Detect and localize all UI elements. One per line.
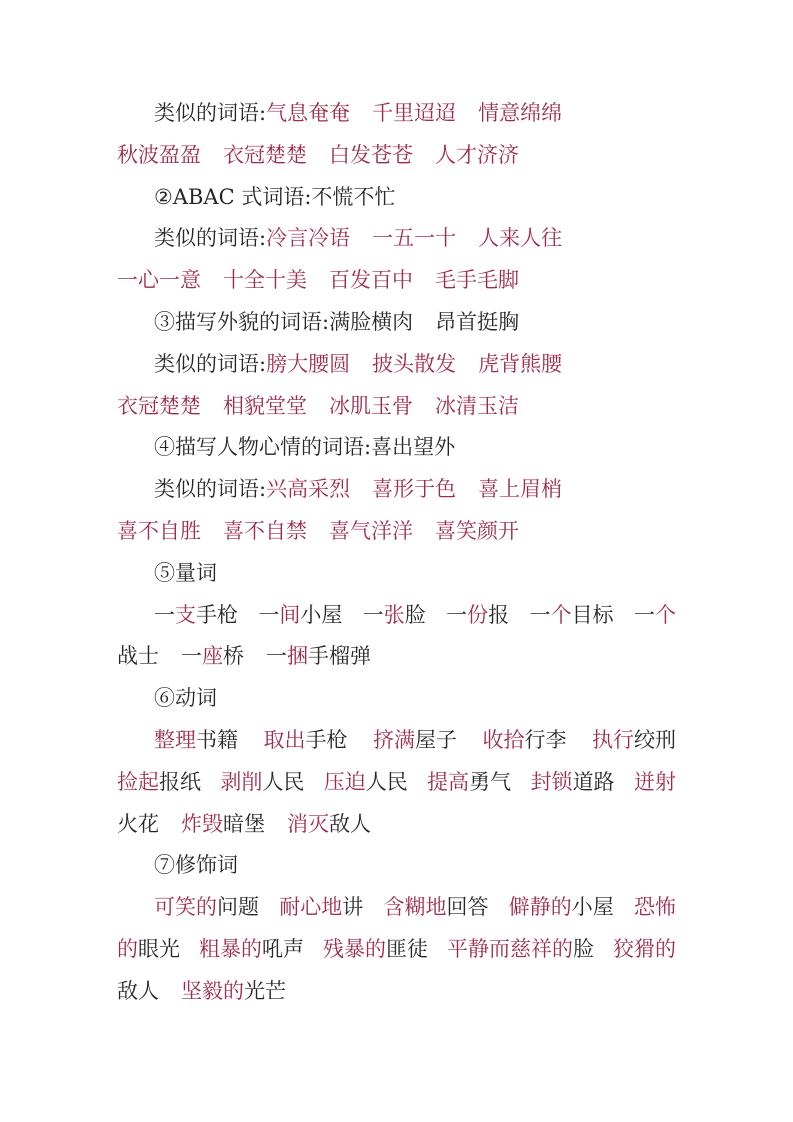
- word-group: 一座桥: [181, 636, 244, 678]
- text-segment: 整理: [154, 728, 196, 752]
- text-segment: 一: [634, 603, 655, 627]
- word-group: 秋波盈盈: [117, 135, 201, 177]
- text-segment: 张: [384, 603, 405, 627]
- text-segment: 僻静的: [509, 895, 572, 919]
- text-segment: 绞刑: [634, 728, 676, 752]
- word-group: 相貌堂堂: [223, 386, 307, 428]
- word-group: 冰清玉洁: [435, 386, 519, 428]
- text-segment: 类似的词语:: [154, 226, 266, 250]
- word-group: 粗暴的吼声: [199, 929, 304, 971]
- word-group: 类似的词语:膀大腰圆: [154, 344, 350, 386]
- text-segment: 战士: [117, 644, 159, 668]
- text-segment: 粗暴的: [199, 937, 262, 961]
- word-group: 千里迢迢: [372, 93, 456, 135]
- text-segment: ⑤量词: [154, 561, 217, 585]
- word-group: 整理书籍: [154, 720, 238, 762]
- text-segment: 收拾: [483, 728, 525, 752]
- text-line: ③描写外貌的词语:满脸横肉昂首挺胸: [117, 302, 676, 344]
- text-segment: 支: [175, 603, 196, 627]
- text-line: ⑤量词: [117, 553, 676, 595]
- text-segment: 脸: [573, 937, 594, 961]
- word-group: 压迫人民: [324, 762, 408, 804]
- text-segment: 个: [551, 603, 572, 627]
- text-segment: 可笑的: [154, 895, 217, 919]
- word-group: 封锁道路: [531, 762, 615, 804]
- word-group: 人才济济: [435, 135, 519, 177]
- text-segment: 捆: [287, 644, 308, 668]
- word-group: 一份报: [446, 595, 509, 637]
- text-segment: 情意绵绵: [478, 101, 562, 125]
- text-segment: 人民: [262, 770, 304, 794]
- text-segment: 耐心地: [279, 895, 342, 919]
- word-group: 一个: [634, 595, 676, 637]
- text-segment: 间: [279, 603, 300, 627]
- text-segment: 座: [202, 644, 223, 668]
- text-segment: 屋子: [415, 728, 457, 752]
- text-segment: 脸: [405, 603, 426, 627]
- text-segment: ⑦修饰词: [154, 853, 238, 877]
- word-group: 迸射: [634, 762, 676, 804]
- text-segment: 敌人: [117, 979, 159, 1003]
- text-segment: 书籍: [196, 728, 238, 752]
- word-group: 冰肌玉骨: [329, 386, 413, 428]
- text-segment: 敌人: [329, 812, 371, 836]
- text-segment: 千里迢迢: [372, 101, 456, 125]
- word-group: 执行绞刑: [592, 720, 676, 762]
- word-group: 一心一意: [117, 260, 201, 302]
- text-segment: 虎背熊腰: [478, 352, 562, 376]
- text-segment: 喜气洋洋: [329, 519, 413, 543]
- word-group: 类似的词语:气息奄奄: [154, 93, 350, 135]
- text-segment: 百发百中: [329, 268, 413, 292]
- text-segment: 报: [488, 603, 509, 627]
- text-segment: 手枪: [196, 603, 238, 627]
- text-segment: 一心一意: [117, 268, 201, 292]
- text-segment: 手榴弹: [308, 644, 371, 668]
- text-segment: 一: [258, 603, 279, 627]
- text-segment: 的: [117, 937, 138, 961]
- text-segment: 膀大腰圆: [266, 352, 350, 376]
- text-line: 敌人坚毅的光芒: [117, 971, 676, 1013]
- text-segment: 道路: [573, 770, 615, 794]
- word-group: 类似的词语:兴高采烈: [154, 469, 350, 511]
- text-segment: 人才济济: [435, 143, 519, 167]
- word-group: 衣冠楚楚: [223, 135, 307, 177]
- word-group: 喜气洋洋: [329, 511, 413, 553]
- text-segment: 冰清玉洁: [435, 394, 519, 418]
- text-segment: 白发苍苍: [329, 143, 413, 167]
- text-segment: 光芒: [244, 979, 286, 1003]
- word-group: 一五一十: [372, 218, 456, 260]
- text-segment: 喜上眉梢: [478, 477, 562, 501]
- text-segment: 喜形于色: [372, 477, 456, 501]
- text-segment: 衣冠楚楚: [223, 143, 307, 167]
- word-group: 白发苍苍: [329, 135, 413, 177]
- text-segment: ⑥动词: [154, 686, 217, 710]
- text-segment: 眼光: [138, 937, 180, 961]
- word-group: 一个目标: [530, 595, 614, 637]
- word-group: 敌人: [117, 971, 159, 1013]
- text-segment: 消灭: [287, 812, 329, 836]
- word-group: 狡猾的: [613, 929, 676, 971]
- word-group: 十全十美: [223, 260, 307, 302]
- word-group: 收拾行李: [483, 720, 567, 762]
- text-segment: 压迫: [324, 770, 366, 794]
- text-segment: 吼声: [262, 937, 304, 961]
- text-line: 类似的词语:冷言冷语一五一十人来人往: [117, 218, 676, 260]
- text-segment: 恐怖: [634, 895, 676, 919]
- text-line: 捡起报纸剥削人民压迫人民提高勇气封锁道路迸射: [117, 762, 676, 804]
- word-group: 消灭敌人: [287, 804, 371, 846]
- word-group: 类似的词语:冷言冷语: [154, 218, 350, 260]
- word-group: 百发百中: [329, 260, 413, 302]
- word-group: 人来人往: [478, 218, 562, 260]
- word-group: 耐心地讲: [279, 887, 363, 929]
- word-group: 挤满屋子: [373, 720, 457, 762]
- word-group: ②ABAC 式词语:不慌不忙: [154, 177, 395, 219]
- text-line: 类似的词语:膀大腰圆披头散发虎背熊腰: [117, 344, 676, 386]
- text-segment: 披头散发: [372, 352, 456, 376]
- text-segment: 炸毁: [181, 812, 223, 836]
- word-group: 虎背熊腰: [478, 344, 562, 386]
- text-segment: 问题: [217, 895, 259, 919]
- text-segment: 类似的词语:: [154, 477, 266, 501]
- text-segment: 人来人往: [478, 226, 562, 250]
- text-segment: 相貌堂堂: [223, 394, 307, 418]
- text-segment: 昂首挺胸: [435, 310, 519, 334]
- word-group: 炸毁暗堡: [181, 804, 265, 846]
- text-line: ②ABAC 式词语:不慌不忙: [117, 177, 676, 219]
- word-group: 昂首挺胸: [435, 302, 519, 344]
- text-segment: 目标: [572, 603, 614, 627]
- text-segment: ②ABAC 式词语:不慌不忙: [154, 185, 395, 209]
- text-segment: 一: [446, 603, 467, 627]
- text-segment: 火花: [117, 812, 159, 836]
- text-segment: 挤满: [373, 728, 415, 752]
- word-group: 喜不自胜: [117, 511, 201, 553]
- text-line: 类似的词语:气息奄奄千里迢迢情意绵绵: [117, 93, 676, 135]
- word-group: 可笑的问题: [154, 887, 259, 929]
- text-line: 战士一座桥一捆手榴弹: [117, 636, 676, 678]
- text-line: 整理书籍取出手枪挤满屋子收拾行李执行绞刑: [117, 720, 676, 762]
- word-group: 捡起报纸: [117, 762, 201, 804]
- text-segment: 含糊地: [384, 895, 447, 919]
- text-segment: ④描写人物心情的词语:喜出望外: [154, 435, 455, 459]
- word-group: 披头散发: [372, 344, 456, 386]
- word-group: 情意绵绵: [478, 93, 562, 135]
- word-group: 一间小屋: [258, 595, 342, 637]
- word-group: ⑥动词: [154, 678, 217, 720]
- word-group: 火花: [117, 804, 159, 846]
- text-segment: 提高: [427, 770, 469, 794]
- text-segment: 匪徒: [386, 937, 428, 961]
- word-group: 喜上眉梢: [478, 469, 562, 511]
- text-line: ④描写人物心情的词语:喜出望外: [117, 427, 676, 469]
- text-line: ⑦修饰词: [117, 845, 676, 887]
- word-group: 提高勇气: [427, 762, 511, 804]
- text-segment: 残暴的: [323, 937, 386, 961]
- word-group: 平静而慈祥的脸: [447, 929, 594, 971]
- text-segment: 讲: [342, 895, 363, 919]
- text-segment: 一: [154, 603, 175, 627]
- text-segment: 小屋: [300, 603, 342, 627]
- document-body: 类似的词语:气息奄奄千里迢迢情意绵绵秋波盈盈衣冠楚楚白发苍苍人才济济②ABAC …: [117, 93, 676, 1013]
- text-segment: 勇气: [469, 770, 511, 794]
- word-group: 喜不自禁: [223, 511, 307, 553]
- word-group: 取出手枪: [264, 720, 348, 762]
- text-segment: 小屋: [572, 895, 614, 919]
- text-segment: 取出: [264, 728, 306, 752]
- document-page: 类似的词语:气息奄奄千里迢迢情意绵绵秋波盈盈衣冠楚楚白发苍苍人才济济②ABAC …: [0, 0, 793, 1122]
- text-line: 的眼光粗暴的吼声残暴的匪徒平静而慈祥的脸狡猾的: [117, 929, 676, 971]
- text-segment: 喜笑颜开: [435, 519, 519, 543]
- text-segment: 暗堡: [223, 812, 265, 836]
- word-group: 残暴的匪徒: [323, 929, 428, 971]
- word-group: 喜笑颜开: [435, 511, 519, 553]
- text-segment: 报纸: [159, 770, 201, 794]
- text-segment: 一: [530, 603, 551, 627]
- text-segment: 秋波盈盈: [117, 143, 201, 167]
- text-segment: 人民: [366, 770, 408, 794]
- word-group: ⑦修饰词: [154, 845, 238, 887]
- word-group: ⑤量词: [154, 553, 217, 595]
- text-segment: 狡猾的: [613, 937, 676, 961]
- text-segment: 一五一十: [372, 226, 456, 250]
- text-line: 喜不自胜喜不自禁喜气洋洋喜笑颜开: [117, 511, 676, 553]
- word-group: 一张脸: [363, 595, 426, 637]
- text-line: 一支手枪一间小屋一张脸一份报一个目标一个: [117, 595, 676, 637]
- text-segment: 迸射: [634, 770, 676, 794]
- text-segment: 毛手毛脚: [435, 268, 519, 292]
- word-group: ④描写人物心情的词语:喜出望外: [154, 427, 455, 469]
- text-segment: 一: [266, 644, 287, 668]
- text-segment: 十全十美: [223, 268, 307, 292]
- text-segment: 一: [363, 603, 384, 627]
- word-group: 剥削人民: [220, 762, 304, 804]
- word-group: 僻静的小屋: [509, 887, 614, 929]
- text-segment: 坚毅的: [181, 979, 244, 1003]
- text-segment: 衣冠楚楚: [117, 394, 201, 418]
- word-group: 的眼光: [117, 929, 180, 971]
- word-group: 一捆手榴弹: [266, 636, 371, 678]
- text-segment: 回答: [447, 895, 489, 919]
- text-segment: 平静而慈祥的: [447, 937, 573, 961]
- text-line: 类似的词语:兴高采烈喜形于色喜上眉梢: [117, 469, 676, 511]
- text-segment: 封锁: [531, 770, 573, 794]
- text-segment: 喜不自胜: [117, 519, 201, 543]
- word-group: 喜形于色: [372, 469, 456, 511]
- text-segment: 冰肌玉骨: [329, 394, 413, 418]
- text-line: 可笑的问题耐心地讲含糊地回答僻静的小屋恐怖: [117, 887, 676, 929]
- text-segment: 剥削: [220, 770, 262, 794]
- word-group: ③描写外貌的词语:满脸横肉: [154, 302, 413, 344]
- word-group: 含糊地回答: [384, 887, 489, 929]
- text-segment: 类似的词语:: [154, 101, 266, 125]
- word-group: 坚毅的光芒: [181, 971, 286, 1013]
- text-segment: 喜不自禁: [223, 519, 307, 543]
- text-segment: 兴高采烈: [266, 477, 350, 501]
- text-segment: 个: [655, 603, 676, 627]
- text-line: 火花炸毁暗堡消灭敌人: [117, 804, 676, 846]
- text-line: 秋波盈盈衣冠楚楚白发苍苍人才济济: [117, 135, 676, 177]
- text-line: ⑥动词: [117, 678, 676, 720]
- word-group: 衣冠楚楚: [117, 386, 201, 428]
- text-segment: 类似的词语:: [154, 352, 266, 376]
- text-segment: 捡起: [117, 770, 159, 794]
- text-line: 一心一意十全十美百发百中毛手毛脚: [117, 260, 676, 302]
- text-segment: ③描写外貌的词语:满脸横肉: [154, 310, 413, 334]
- text-segment: 一: [181, 644, 202, 668]
- text-segment: 冷言冷语: [266, 226, 350, 250]
- word-group: 毛手毛脚: [435, 260, 519, 302]
- text-line: 衣冠楚楚相貌堂堂冰肌玉骨冰清玉洁: [117, 386, 676, 428]
- word-group: 战士: [117, 636, 159, 678]
- text-segment: 份: [467, 603, 488, 627]
- text-segment: 桥: [223, 644, 244, 668]
- text-segment: 行李: [525, 728, 567, 752]
- text-segment: 气息奄奄: [266, 101, 350, 125]
- word-group: 恐怖: [634, 887, 676, 929]
- text-segment: 手枪: [306, 728, 348, 752]
- word-group: 一支手枪: [154, 595, 238, 637]
- text-segment: 执行: [592, 728, 634, 752]
